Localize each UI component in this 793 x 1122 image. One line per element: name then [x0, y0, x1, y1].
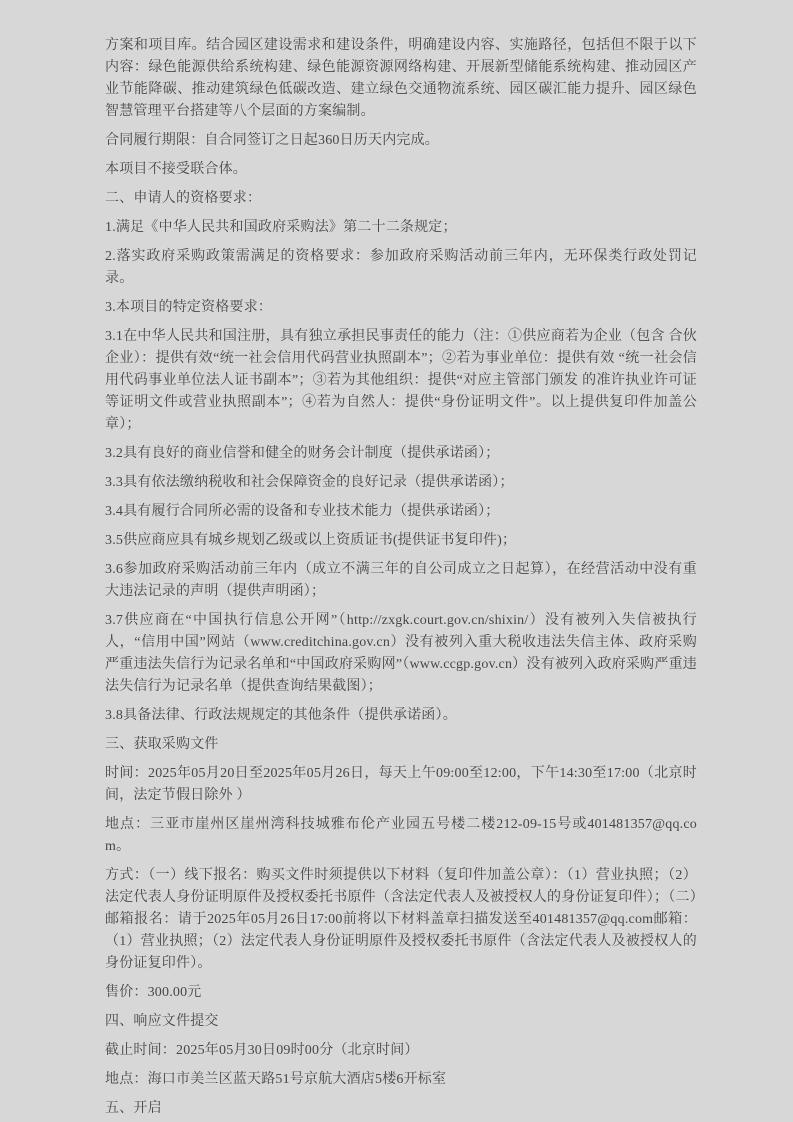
qualification-item-3-7: 3.7供应商在“中国执行信息公开网”（http://zxgk.court.gov…	[105, 610, 697, 698]
section-5-heading: 五、开启	[105, 1098, 697, 1120]
qualification-item-policy: 2.落实政府采购政策需满足的资格要求：参加政府采购活动前三年内，无环保类行政处罚…	[105, 246, 697, 290]
qualification-item-law: 1.满足《中华人民共和国政府采购法》第二十二条规定；	[105, 217, 697, 239]
section-2-heading: 二、申请人的资格要求：	[105, 188, 697, 210]
qualification-item-3-4: 3.4具有履行合同所必需的设备和专业技术能力（提供承诺函）；	[105, 501, 697, 523]
qualification-item-3-6: 3.6参加政府采购活动前三年内（成立不满三年的自公司成立之日起算），在经营活动中…	[105, 559, 697, 603]
qualification-specific-heading: 3.本项目的特定资格要求：	[105, 297, 697, 319]
procurement-document-page: 方案和项目库。结合园区建设需求和建设条件，明确建设内容、实施路径，包括但不限于以…	[0, 0, 793, 1122]
submission-deadline: 截止时间：2025年05月30日09时00分（北京时间）	[105, 1040, 697, 1062]
obtain-documents-time: 时间：2025年05月20日至2025年05月26日，每天上午09:00至12:…	[105, 763, 697, 807]
qualification-item-3-5: 3.5供应商应具有城乡规划乙级或以上资质证书(提供证书复印件)；	[105, 530, 697, 552]
paragraph-contract-period: 合同履行期限：自合同签订之日起360日历天内完成。	[105, 130, 697, 152]
obtain-documents-location: 地点：三亚市崖州区崖州湾科技城雅布伦产业园五号楼二楼212-09-15号或401…	[105, 814, 697, 858]
qualification-item-3-2: 3.2具有良好的商业信誉和健全的财务会计制度（提供承诺函）；	[105, 443, 697, 465]
qualification-item-3-1: 3.1在中华人民共和国注册，具有独立承担民事责任的能力（注：①供应商若为企业（包…	[105, 326, 697, 436]
section-4-heading: 四、响应文件提交	[105, 1011, 697, 1033]
section-3-heading: 三、获取采购文件	[105, 734, 697, 756]
qualification-item-3-3: 3.3具有依法缴纳税收和社会保障资金的良好记录（提供承诺函）；	[105, 472, 697, 494]
paragraph-no-consortium: 本项目不接受联合体。	[105, 159, 697, 181]
paragraph-scope: 方案和项目库。结合园区建设需求和建设条件，明确建设内容、实施路径，包括但不限于以…	[105, 35, 697, 123]
obtain-documents-price: 售价：300.00元	[105, 982, 697, 1004]
submission-location: 地点：海口市美兰区蓝天路51号京航大酒店5楼6开标室	[105, 1069, 697, 1091]
obtain-documents-method: 方式：（一）线下报名：购买文件时须提供以下材料（复印件加盖公章）：（1）营业执照…	[105, 865, 697, 975]
qualification-item-3-8: 3.8具备法律、行政法规规定的其他条件（提供承诺函）。	[105, 705, 697, 727]
